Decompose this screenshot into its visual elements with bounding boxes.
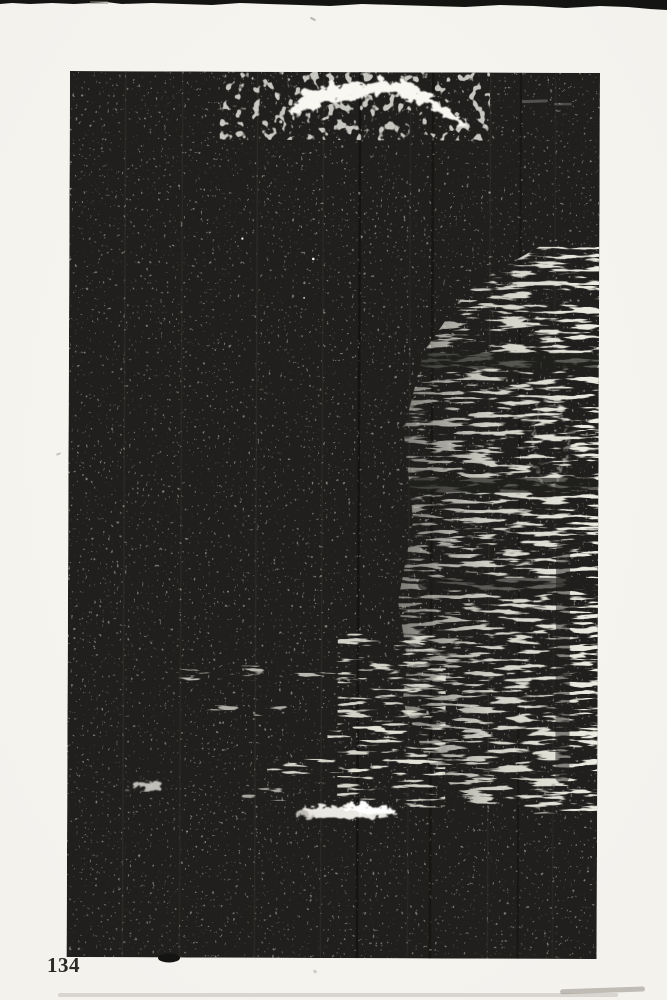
book-page: 134 (0, 0, 667, 1000)
bottom-edge-artifacts (0, 950, 667, 1000)
photograph-canvas (67, 71, 600, 959)
margin-speck (56, 452, 61, 456)
top-edge-scan-strip (0, 0, 667, 16)
bottom-smudge-band (58, 993, 618, 997)
splash-highlight (220, 72, 490, 141)
margin-speck (310, 17, 316, 22)
top-strip-light-patch (90, 1, 108, 4)
photo-edge-ink-bump (158, 954, 180, 963)
photograph (67, 71, 600, 959)
